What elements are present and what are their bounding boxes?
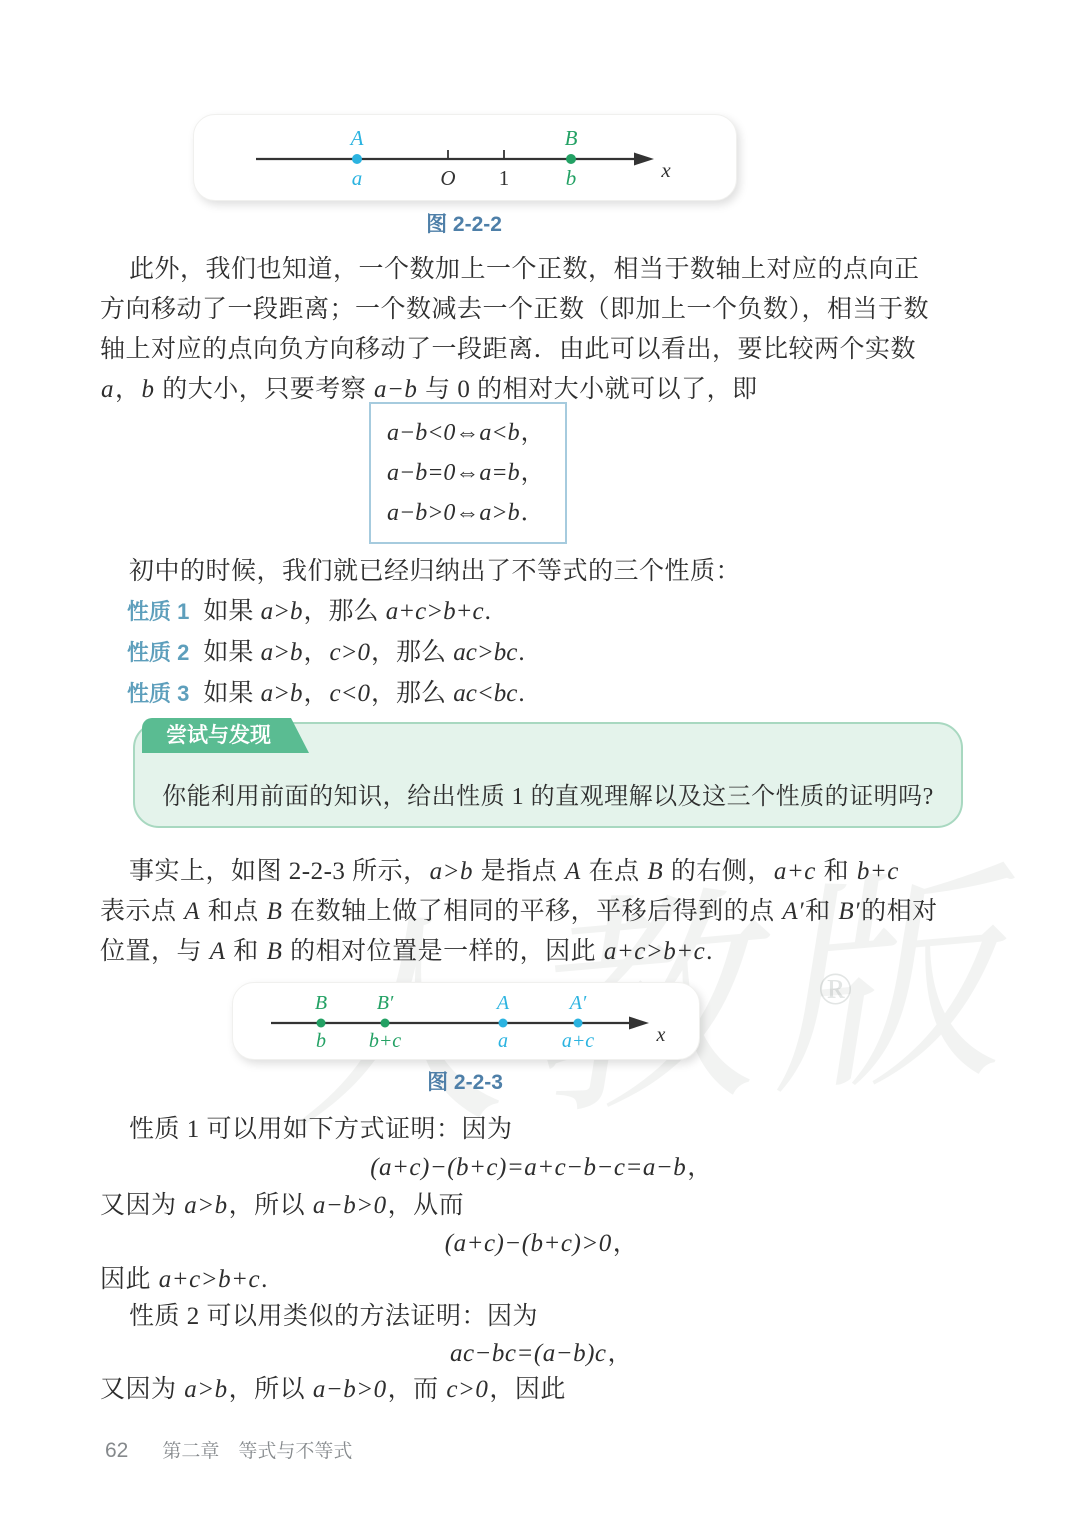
math-expression: B	[266, 938, 284, 965]
math-expression: A	[564, 858, 582, 885]
textbook-page: 人教版 ® A a O 1 B b x 图 2-2-2 此外，我们也知道，一个数	[0, 0, 1080, 1526]
page-footer: 62第二章 等式与不等式	[105, 1436, 352, 1463]
math-expression: a+c>b+c	[158, 1266, 261, 1293]
text-run: .	[518, 680, 524, 707]
text-run: ，	[608, 1340, 634, 1367]
page-number: 62	[105, 1439, 128, 1462]
number-line-2-2-2: A a O 1 B b x	[194, 115, 736, 200]
try-and-discover-question: 你能利用前面的知识，给出性质 1 的直观理解以及这三个性质的证明吗?	[135, 776, 961, 811]
text-run: ，那么	[371, 680, 452, 707]
math-expression: a>b	[429, 858, 474, 885]
text-run: 的大小，只要考察	[156, 376, 374, 403]
figure-2-2-2-caption: 图 2-2-2	[193, 208, 735, 238]
text-run: ，	[521, 460, 545, 486]
coord-b-plus-c-label: b+c	[369, 1030, 401, 1052]
text-run: ，从而	[388, 1192, 465, 1219]
math-expression: (a+c)−(b+c)>0	[444, 1230, 613, 1257]
math-expression: ac−bc=(a−b)c	[449, 1340, 608, 1367]
math-expression: a−b	[373, 376, 418, 403]
text-run: 和	[817, 858, 856, 885]
paragraph-figure-223-explanation: 事实上，如图 2-2-3 所示，a>b 是指点 A 在点 B 的右侧，a+c 和…	[100, 852, 982, 972]
math-expression: a−b<0⇔a<b	[386, 420, 521, 446]
coord-a-label: a	[498, 1030, 508, 1052]
property-3-row: 性质 3如果 a>b，c<0，那么 ac<bc.	[127, 674, 987, 714]
text-run: 是指点	[474, 858, 564, 885]
math-expression: a	[100, 376, 115, 403]
text-run: 初中的时候，我们就已经归纳出了不等式的三个性质：	[129, 558, 741, 585]
point-A-prime-label: A′	[568, 992, 587, 1014]
text-run: 与 0 的相对大小就可以了，即	[418, 376, 757, 403]
property-3-statement: 如果 a>b，c<0，那么 ac<bc.	[203, 680, 524, 707]
text-run: ，	[687, 1154, 713, 1181]
figure-2-2-2-card: A a O 1 B b x	[193, 114, 737, 201]
math-expression: a−b>0	[312, 1192, 388, 1219]
text-run: ，	[521, 420, 545, 446]
text-run: 如果	[203, 598, 259, 625]
text-run: 性质 1 可以用如下方式证明：因为	[129, 1116, 513, 1143]
text-run: 和点	[201, 898, 266, 925]
text-run: 如果	[203, 639, 259, 666]
paragraph-properties-intro: 初中的时候，我们就已经归纳出了不等式的三个性质：	[100, 552, 982, 592]
paragraph-number-line-movement: 此外，我们也知道，一个数加上一个正数，相当于数轴上对应的点向正方向移动了一段距离…	[100, 250, 982, 410]
chapter-title: 第二章 等式与不等式	[162, 1441, 352, 1462]
text-run: 此外，我们也知道，一个数加上一个正数，相当于数轴上对应的点向正	[129, 256, 920, 283]
text-run: 因此	[100, 1266, 158, 1293]
math-expression: a−b>0	[312, 1376, 388, 1403]
axis-arrowhead-icon	[629, 1017, 649, 1030]
text-run: ，因此	[489, 1376, 566, 1403]
text-run: 方向移动了一段距离；一个数减去一个正数（即加上一个负数），相当于数	[100, 296, 929, 323]
origin-label: O	[440, 166, 455, 190]
point-A-label: A	[495, 992, 510, 1014]
content-layer: A a O 1 B b x 图 2-2-2 此外，我们也知道，一个数加上一个正数…	[0, 0, 1080, 1526]
point-A-dot	[352, 154, 362, 164]
point-B-dot	[566, 154, 576, 164]
text-run: ，那么	[371, 639, 452, 666]
coord-b-label: b	[316, 1030, 326, 1052]
x-axis-label: x	[660, 158, 671, 182]
text-run: ，	[613, 1230, 639, 1257]
property-1-statement: 如果 a>b，那么 a+c>b+c.	[203, 598, 490, 625]
text-run: ，那么	[304, 598, 385, 625]
math-expression: A	[209, 938, 227, 965]
math-expression: b	[141, 376, 156, 403]
text-run: .	[261, 1266, 268, 1293]
math-expression: c<0	[329, 680, 371, 707]
text-run: 又因为	[100, 1376, 183, 1403]
math-expression: A′	[781, 898, 805, 925]
text-run: 性质 2 可以用类似的方法证明：因为	[129, 1303, 538, 1330]
property-1-label: 性质 1	[127, 599, 189, 624]
text-run: .	[518, 639, 524, 666]
math-expression: a−b=0⇔a=b	[386, 460, 521, 486]
property-1-row: 性质 1如果 a>b，那么 a+c>b+c.	[127, 592, 987, 632]
point-A-prime-dot	[574, 1019, 583, 1028]
figure-2-2-3-card: B B′ A A′ b b+c a a+c x	[232, 982, 700, 1060]
text-run: ．	[521, 500, 545, 526]
text-run: 又因为	[100, 1192, 183, 1219]
text-run: .	[706, 938, 713, 965]
coord-a-plus-c-label: a+c	[562, 1030, 594, 1052]
point-B-prime-dot	[381, 1019, 390, 1028]
property-2-statement: 如果 a>b，c>0，那么 ac>bc.	[203, 639, 524, 666]
text-run: .	[485, 598, 491, 625]
math-expression: B′	[837, 898, 861, 925]
point-B-prime-label: B′	[377, 992, 394, 1014]
text-run: 的相对	[861, 898, 938, 925]
x-axis-label: x	[656, 1024, 666, 1046]
point-A-label: A	[349, 126, 364, 150]
equivalence-line: a−b<0⇔a<b，	[386, 413, 557, 453]
text-run: ，所以	[229, 1192, 312, 1219]
text-run: 轴上对应的点向负方向移动了一段距离．由此可以看出，要比较两个实数	[100, 336, 916, 363]
math-expression: (a+c)−(b+c)=a+c−b−c=a−b	[369, 1154, 687, 1181]
proof-formula-3: ac−bc=(a−b)c，	[100, 1334, 982, 1374]
text-run: ，所以	[229, 1376, 312, 1403]
figure-2-2-3-caption: 图 2-2-3	[232, 1066, 698, 1096]
text-run: 的相对位置是一样的，因此	[283, 938, 603, 965]
math-expression: ac<bc	[452, 680, 518, 707]
math-expression: B	[266, 898, 284, 925]
property-3-label: 性质 3	[127, 681, 189, 706]
math-expression: a+c>b+c	[385, 598, 485, 625]
math-expression: A	[183, 898, 201, 925]
math-expression: a+c	[773, 858, 817, 885]
proof-formula-1: (a+c)−(b+c)=a+c−b−c=a−b，	[100, 1148, 982, 1188]
point-B-label: B	[315, 992, 327, 1014]
unit-label: 1	[499, 166, 510, 190]
axis-arrowhead-icon	[634, 153, 654, 166]
coord-a-label: a	[352, 166, 363, 190]
math-expression: a>b	[183, 1192, 228, 1219]
try-and-discover-tab: 尝试与发现	[142, 718, 309, 753]
coord-b-label: b	[566, 166, 577, 190]
text-run: 和	[227, 938, 266, 965]
text-run: 的右侧，	[664, 858, 773, 885]
text-run: 表示点	[100, 898, 183, 925]
math-expression: B	[646, 858, 664, 885]
proof-property-1-conclusion: 因此 a+c>b+c.	[100, 1260, 982, 1300]
equivalence-line: a−b>0⇔a>b．	[386, 493, 557, 533]
text-run: 如果	[203, 680, 259, 707]
proof-formula-2: (a+c)−(b+c)>0，	[100, 1224, 982, 1264]
math-expression: c>0	[329, 639, 371, 666]
math-expression: b+c	[856, 858, 900, 885]
text-run: 在数轴上做了相同的平移，平移后得到的点	[283, 898, 781, 925]
proof-property-2-intro: 性质 2 可以用类似的方法证明：因为	[100, 1297, 982, 1337]
property-2-label: 性质 2	[127, 640, 189, 665]
text-run: 位置，与	[100, 938, 209, 965]
text-run: 你能利用前面的知识，给出性质 1 的直观理解以及这三个性质的证明吗?	[162, 784, 934, 810]
point-B-dot	[317, 1019, 326, 1028]
proof-property-2-step: 又因为 a>b，所以 a−b>0，而 c>0，因此	[100, 1370, 982, 1410]
math-expression: a>b	[260, 598, 304, 625]
equivalence-line: a−b=0⇔a=b，	[386, 453, 557, 493]
text-run: ，	[115, 376, 141, 403]
proof-property-1-intro: 性质 1 可以用如下方式证明：因为	[100, 1110, 982, 1150]
math-expression: a+c>b+c	[603, 938, 706, 965]
point-A-dot	[499, 1019, 508, 1028]
text-run: ，	[304, 680, 329, 707]
point-B-label: B	[565, 126, 578, 150]
proof-property-1-step: 又因为 a>b，所以 a−b>0，从而	[100, 1186, 982, 1226]
math-expression: a>b	[260, 680, 304, 707]
text-run: 事实上，如图 2-2-3 所示，	[129, 858, 429, 885]
math-expression: a>b	[260, 639, 304, 666]
text-run: ，而	[388, 1376, 446, 1403]
text-run: 在点	[582, 858, 647, 885]
property-2-row: 性质 2如果 a>b，c>0，那么 ac>bc.	[127, 633, 987, 673]
number-line-2-2-3: B B′ A A′ b b+c a a+c x	[233, 983, 699, 1059]
text-run: ，	[304, 639, 329, 666]
math-expression: a−b>0⇔a>b	[386, 500, 521, 526]
math-expression: a>b	[183, 1376, 228, 1403]
text-run: 和	[805, 898, 837, 925]
math-expression: ac>bc	[452, 639, 518, 666]
math-expression: c>0	[445, 1376, 489, 1403]
equivalence-box: a−b<0⇔a<b， a−b=0⇔a=b， a−b>0⇔a>b．	[369, 402, 567, 544]
